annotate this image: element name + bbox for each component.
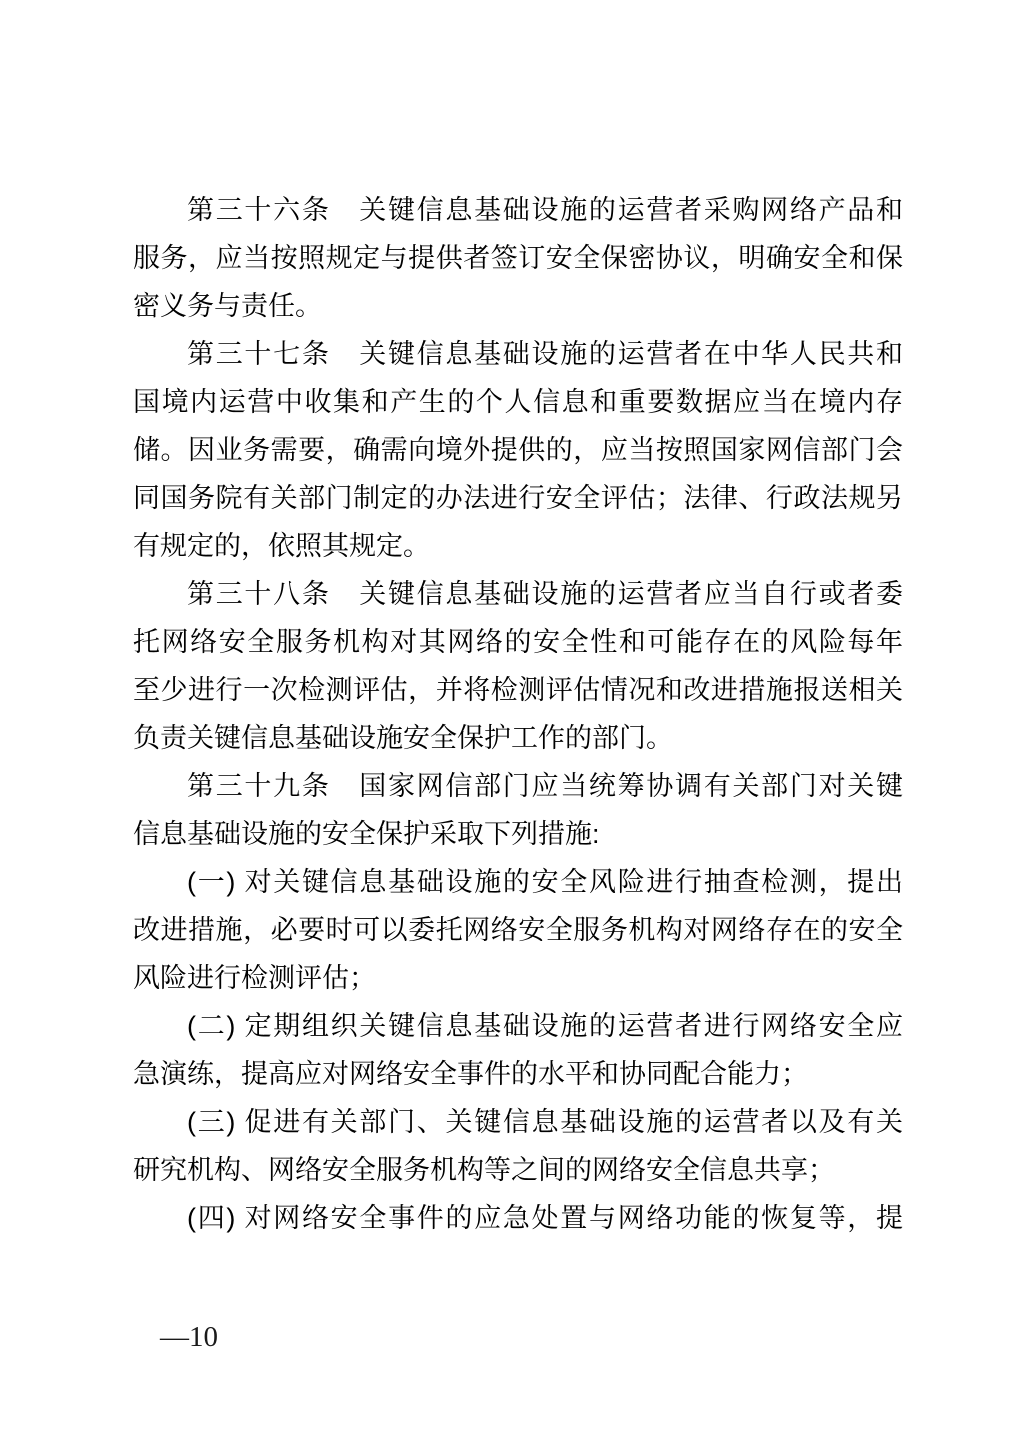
text-line: 储。因业务需要，确需向境外提供的，应当按照国家网信部门会: [133, 426, 903, 474]
page-number: —10: [160, 1322, 218, 1354]
text-line: 同国务院有关部门制定的办法进行安全评估；法律、行政法规另: [133, 474, 903, 522]
text-line: 改进措施，必要时可以委托网络安全服务机构对网络存在的安全: [133, 906, 903, 954]
text-line: (一) 对关键信息基础设施的安全风险进行抽查检测，提出: [133, 858, 903, 906]
text-line: 至少进行一次检测评估，并将检测评估情况和改进措施报送相关: [133, 666, 903, 714]
text-line: 第三十六条 关键信息基础设施的运营者采购网络产品和: [133, 186, 903, 234]
text-line: 急演练，提高应对网络安全事件的水平和协同配合能力；: [133, 1050, 903, 1098]
text-line: (三) 促进有关部门、关键信息基础设施的运营者以及有关: [133, 1098, 903, 1146]
text-line: 负责关键信息基础设施安全保护工作的部门。: [133, 714, 903, 762]
text-line: 第三十七条 关键信息基础设施的运营者在中华人民共和: [133, 330, 903, 378]
paragraph-article-38: 第三十八条 关键信息基础设施的运营者应当自行或者委 托网络安全服务机构对其网络的…: [133, 570, 903, 762]
document-page: 第三十六条 关键信息基础设施的运营者采购网络产品和 服务，应当按照规定与提供者签…: [0, 0, 1024, 1450]
paragraph-article-39-intro: 第三十九条 国家网信部门应当统筹协调有关部门对关键 信息基础设施的安全保护采取下…: [133, 762, 903, 858]
text-line: 信息基础设施的安全保护采取下列措施:: [133, 810, 903, 858]
text-line: 第三十八条 关键信息基础设施的运营者应当自行或者委: [133, 570, 903, 618]
text-line: 有规定的，依照其规定。: [133, 522, 903, 570]
text-line: 风险进行检测评估；: [133, 954, 903, 1002]
paragraph-article-39-item-2: (二) 定期组织关键信息基础设施的运营者进行网络安全应 急演练，提高应对网络安全…: [133, 1002, 903, 1098]
text-line: 研究机构、网络安全服务机构等之间的网络安全信息共享；: [133, 1146, 903, 1194]
paragraph-article-39-item-4: (四) 对网络安全事件的应急处置与网络功能的恢复等，提: [133, 1194, 903, 1242]
text-line: 第三十九条 国家网信部门应当统筹协调有关部门对关键: [133, 762, 903, 810]
text-line: 国境内运营中收集和产生的个人信息和重要数据应当在境内存: [133, 378, 903, 426]
text-line: (二) 定期组织关键信息基础设施的运营者进行网络安全应: [133, 1002, 903, 1050]
text-line: 托网络安全服务机构对其网络的安全性和可能存在的风险每年: [133, 618, 903, 666]
text-line: 密义务与责任。: [133, 282, 903, 330]
document-body: 第三十六条 关键信息基础设施的运营者采购网络产品和 服务，应当按照规定与提供者签…: [133, 186, 903, 1242]
text-line: (四) 对网络安全事件的应急处置与网络功能的恢复等，提: [133, 1194, 903, 1242]
paragraph-article-36: 第三十六条 关键信息基础设施的运营者采购网络产品和 服务，应当按照规定与提供者签…: [133, 186, 903, 330]
paragraph-article-37: 第三十七条 关键信息基础设施的运营者在中华人民共和 国境内运营中收集和产生的个人…: [133, 330, 903, 570]
paragraph-article-39-item-3: (三) 促进有关部门、关键信息基础设施的运营者以及有关 研究机构、网络安全服务机…: [133, 1098, 903, 1194]
text-line: 服务，应当按照规定与提供者签订安全保密协议，明确安全和保: [133, 234, 903, 282]
paragraph-article-39-item-1: (一) 对关键信息基础设施的安全风险进行抽查检测，提出 改进措施，必要时可以委托…: [133, 858, 903, 1002]
